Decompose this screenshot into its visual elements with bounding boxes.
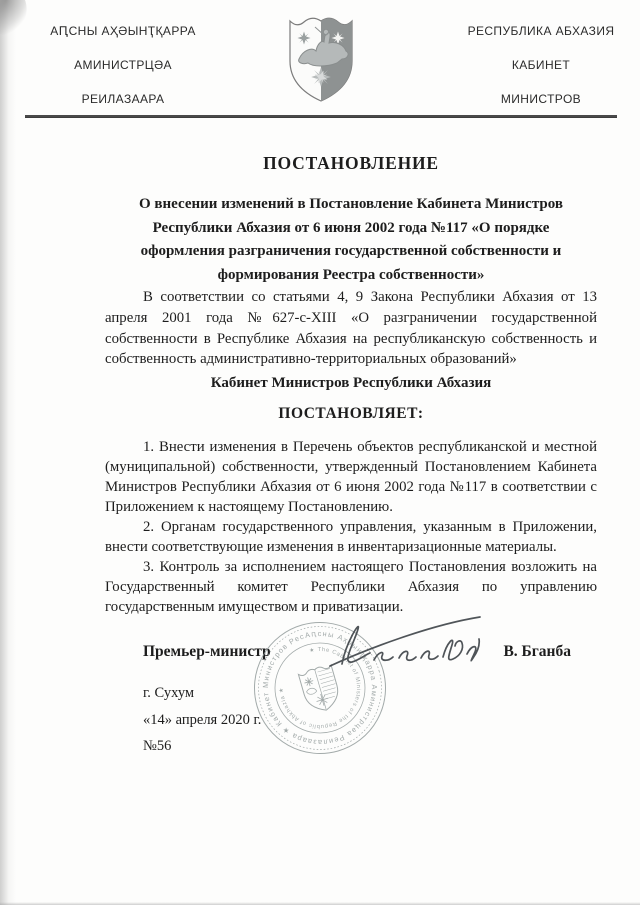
decree-title: ПОСТАНОВЛЕНИЕ xyxy=(105,153,597,174)
header-left-line-3: РЕИЛАЗААРА xyxy=(28,92,218,106)
resolution-word: ПОСТАНОВЛЯЕТ: xyxy=(105,405,597,423)
header-left-line-2: АМИНИСТРЦӘА xyxy=(28,58,218,72)
coat-of-arms-icon xyxy=(287,15,355,110)
resolution-items: 1. Внести изменения в Перечень объектов … xyxy=(105,437,597,617)
header-left-line-1: АԤСНЫ АҲӘЫНҬҚАРРА xyxy=(28,24,218,38)
header-right-line-1: РЕСПУБЛИКА АБХАЗИЯ xyxy=(446,24,636,38)
document-number: №56 xyxy=(143,733,261,760)
header-right-line-3: МИНИСТРОВ xyxy=(446,92,636,106)
decree-subtitle: О внесении изменений в Постановление Каб… xyxy=(121,193,581,287)
scan-edge-shadow xyxy=(0,0,16,905)
resolution-item-2: 2. Органам государственного управления, … xyxy=(105,517,597,557)
signature-scrawl xyxy=(312,612,487,677)
resolution-item-3: 3. Контроль за исполнением настоящего По… xyxy=(105,557,597,617)
issue-date: «14» апреля 2020 г. xyxy=(143,707,261,734)
preamble-paragraph: В соответствии со статьями 4, 9 Закона Р… xyxy=(105,287,597,370)
resolution-item-1: 1. Внести изменения в Перечень объектов … xyxy=(105,437,597,517)
footer-block: г. Сухум «14» апреля 2020 г. №56 xyxy=(143,680,261,760)
issue-city: г. Сухум xyxy=(143,680,261,707)
header-divider-rule xyxy=(25,115,617,118)
header-abkhazian: АԤСНЫ АҲӘЫНҬҚАРРА АМИНИСТРЦӘА РЕИЛАЗААРА xyxy=(28,24,218,126)
header-right-line-2: КАБИНЕТ xyxy=(446,58,636,72)
signatory-name: В. Бганба xyxy=(503,643,597,661)
issuing-authority: Кабинет Министров Республики Абхазия xyxy=(105,375,597,392)
signatory-position: Премьер-министр xyxy=(105,643,271,661)
header-russian: РЕСПУБЛИКА АБХАЗИЯ КАБИНЕТ МИНИСТРОВ xyxy=(446,24,636,126)
scanned-decree-page: АԤСНЫ АҲӘЫНҬҚАРРА АМИНИСТРЦӘА РЕИЛАЗААРА xyxy=(0,0,640,905)
